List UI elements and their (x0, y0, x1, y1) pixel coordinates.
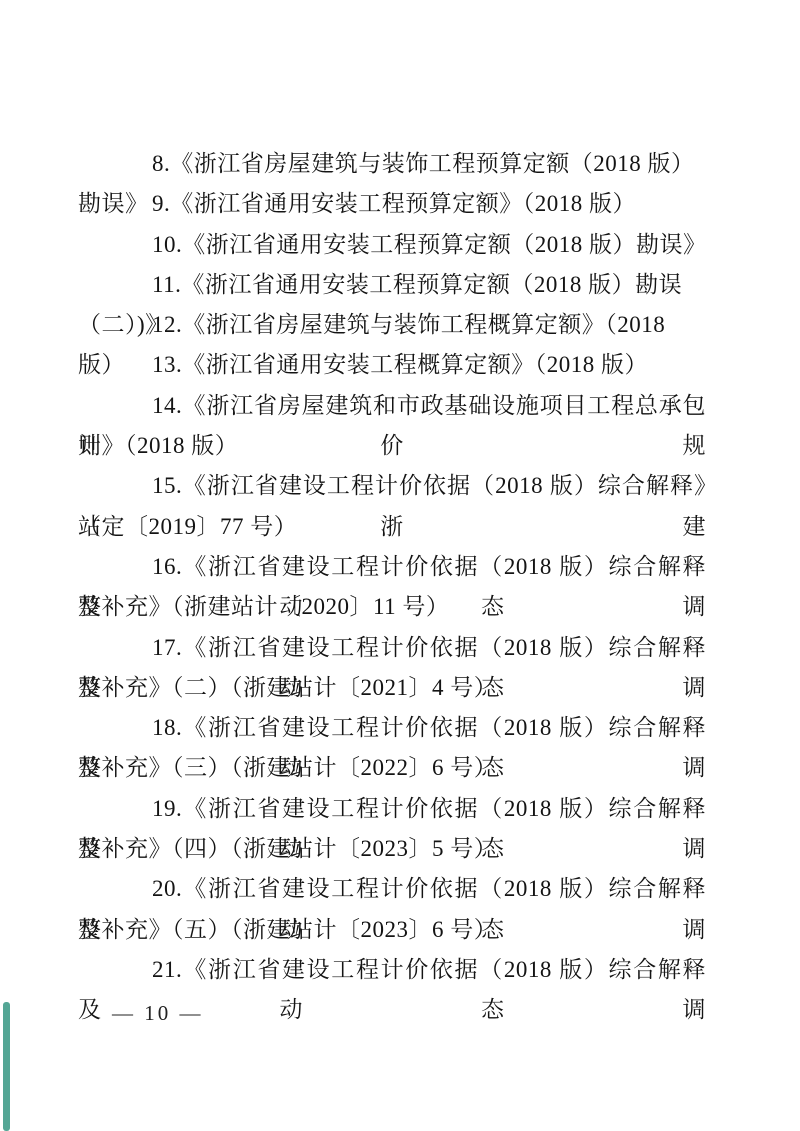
document-line: 8.《浙江省房屋建筑与装饰工程预算定额（2018 版）勘误》 (78, 144, 706, 184)
document-line: 20.《浙江省建设工程计价依据（2018 版）综合解释及动态调 (78, 869, 706, 909)
document-line: 16.《浙江省建设工程计价依据（2018 版）综合解释及动态调 (78, 547, 706, 587)
page-number: — 10 — (112, 1001, 204, 1026)
document-line: 17.《浙江省建设工程计价依据（2018 版）综合解释及动态调 (78, 628, 706, 668)
document-line: 19.《浙江省建设工程计价依据（2018 版）综合解释及动态调 (78, 789, 706, 829)
document-line: 18.《浙江省建设工程计价依据（2018 版）综合解释及动态调 (78, 708, 706, 748)
document-line: 9.《浙江省通用安装工程预算定额》（2018 版） (78, 184, 706, 224)
document-line: 15.《浙江省建设工程计价依据（2018 版）综合解释》（浙建 (78, 466, 706, 506)
scan-edge-artifact (3, 1002, 10, 1131)
document-line: 10.《浙江省通用安装工程预算定额（2018 版）勘误》 (78, 225, 706, 265)
document-page: 8.《浙江省房屋建筑与装饰工程预算定额（2018 版）勘误》9.《浙江省通用安装… (0, 0, 800, 1131)
document-line: 14.《浙江省房屋建筑和市政基础设施项目工程总承包计价规 (78, 386, 706, 426)
document-line: 21.《浙江省建设工程计价依据（2018 版）综合解释及动态调 (78, 950, 706, 990)
document-line: 13.《浙江省通用安装工程概算定额》（2018 版） (78, 345, 706, 385)
document-line: 12.《浙江省房屋建筑与装饰工程概算定额》（2018 版） (78, 305, 706, 345)
document-line: 11.《浙江省通用安装工程预算定额（2018 版）勘误（二）)》 (78, 265, 706, 305)
document-body: 8.《浙江省房屋建筑与装饰工程预算定额（2018 版）勘误》9.《浙江省通用安装… (78, 144, 706, 990)
